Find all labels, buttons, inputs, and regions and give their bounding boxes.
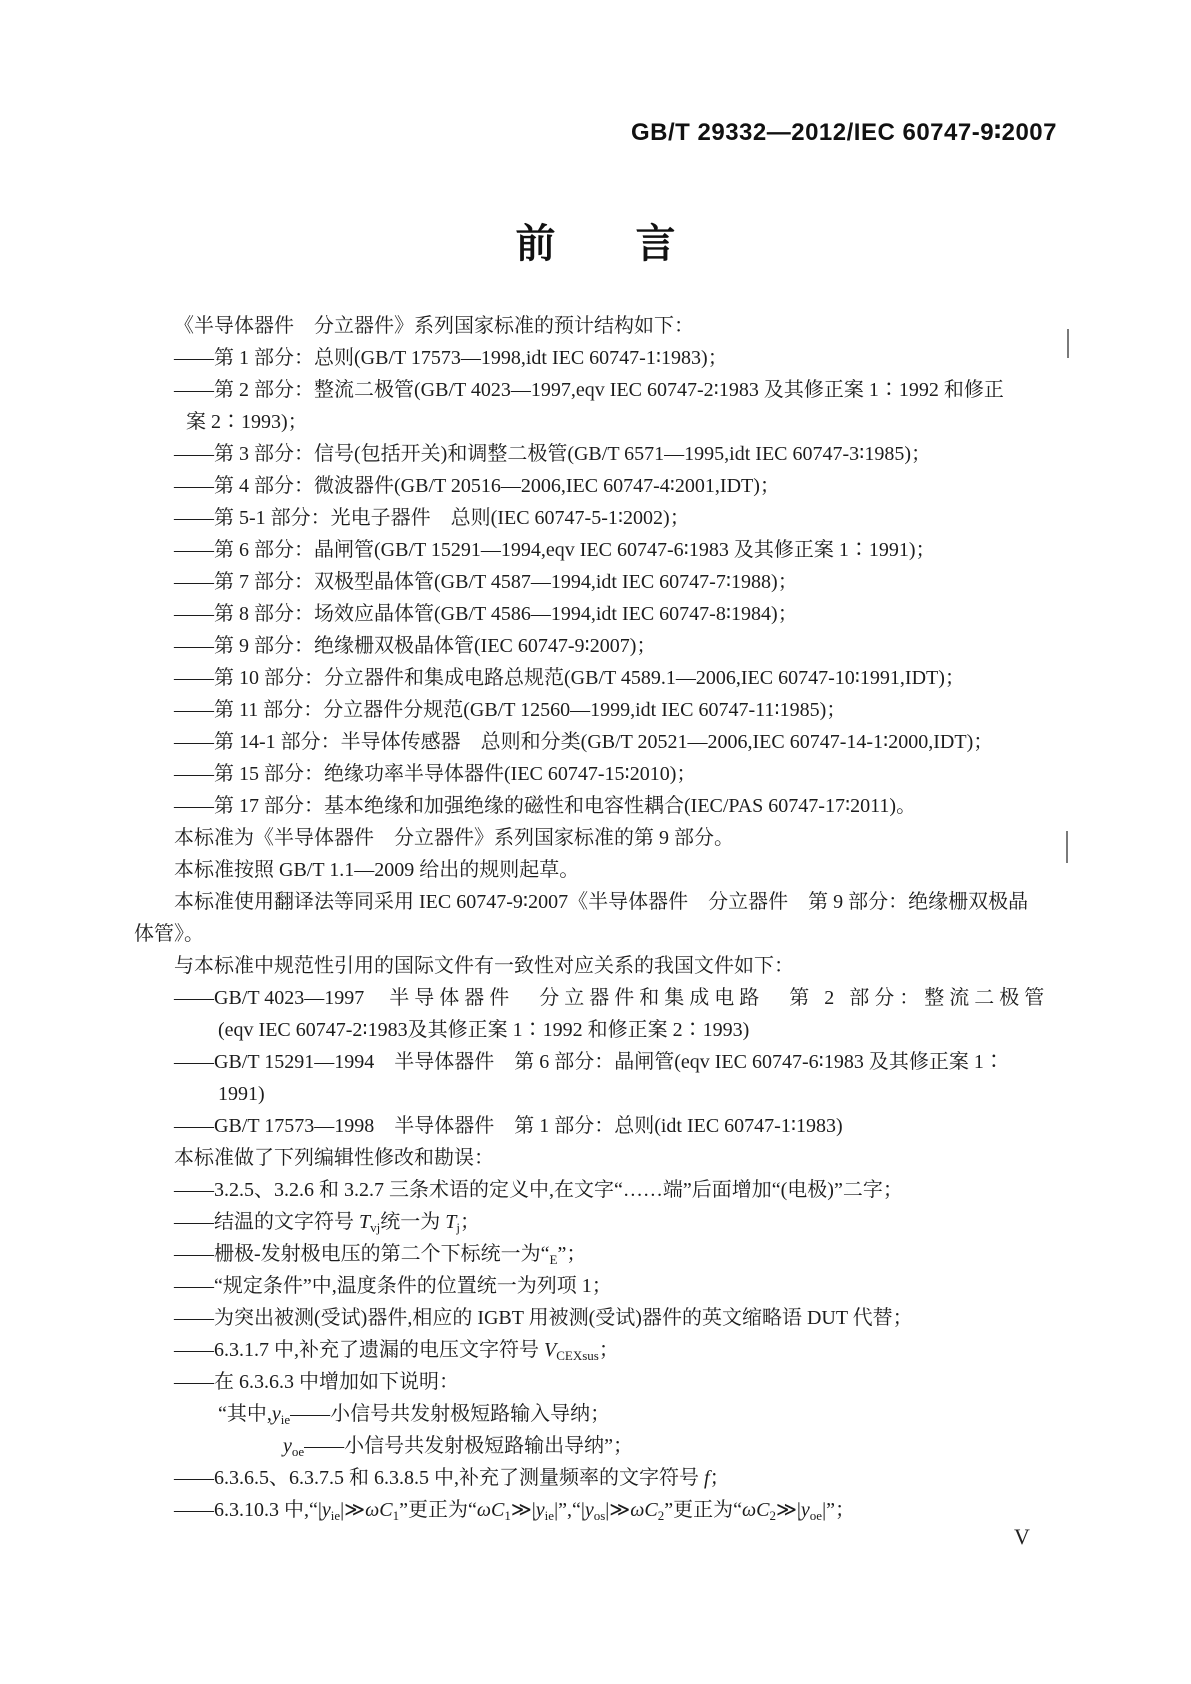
page-number: V: [1014, 1524, 1030, 1550]
body-text-s: CEXsus: [556, 1348, 599, 1363]
body-lines: 《半导体器件 分立器件》系列国家标准的预计结构如下：——第 1 部分：总则(GB…: [134, 310, 1086, 1526]
body-text-i: y: [536, 1499, 545, 1521]
body-text: ——第 5-1 部分：光电子器件 总则(IEC 60747-5-1∶2002)；: [174, 507, 690, 529]
body-line: 本标准做了下列编辑性修改和勘误：: [134, 1142, 1086, 1174]
body-text: ；: [599, 1339, 619, 1361]
body-line: ——6.3.6.5、6.3.7.5 和 6.3.8.5 中,补充了测量频率的文字…: [134, 1462, 1086, 1494]
body-text-i: T: [445, 1211, 456, 1233]
body-line: ——GB/T 15291—1994 半导体器件 第 6 部分：晶闸管(eqv I…: [134, 1046, 1086, 1078]
body-text: ；: [710, 1467, 730, 1489]
body-line: ——为突出被测(受试)器件,相应的 IGBT 用被测(受试)器件的英文缩略语 D…: [134, 1302, 1086, 1334]
body-text: ——为突出被测(受试)器件,相应的 IGBT 用被测(受试)器件的英文缩略语 D…: [174, 1307, 913, 1329]
body-text: ——第 4 部分：微波器件(GB/T 20516—2006,IEC 60747-…: [174, 475, 780, 497]
body-line: ——第 15 部分：绝缘功率半导体器件(IEC 60747-15∶2010)；: [134, 758, 1086, 790]
body-text-i: ωC: [630, 1499, 657, 1521]
body-line: ——第 5-1 部分：光电子器件 总则(IEC 60747-5-1∶2002)；: [134, 502, 1086, 534]
body-line: ——GB/T 4023—1997 半导体器件 分立器件和集成电路 第 2 部分：…: [134, 982, 1086, 1014]
body-text: 统一为: [380, 1211, 445, 1233]
body-text: |”,“|: [554, 1499, 585, 1521]
body-line: ——第 2 部分：整流二极管(GB/T 4023—1997,eqv IEC 60…: [134, 374, 1086, 406]
body-line: yoe——小信号共发射极短路输出导纳”；: [134, 1430, 1086, 1462]
body-text: ——栅极-发射极电压的第二个下标统一为“: [174, 1243, 550, 1265]
body-text: |≫: [340, 1499, 365, 1521]
body-text-ls: 半导体器件 分立器件和集成电路 第 2 部分：整流二极管: [364, 987, 1049, 1009]
body-text-i: y: [801, 1499, 810, 1521]
body-line: ——第 8 部分：场效应晶体管(GB/T 4586—1994,idt IEC 6…: [134, 598, 1086, 630]
body-text: ——小信号共发射极短路输入导纳；: [290, 1403, 610, 1425]
body-line: ——第 9 部分：绝缘栅双极晶体管(IEC 60747-9∶2007)；: [134, 630, 1086, 662]
body-text: (eqv IEC 60747-2∶1983及其修正案 1∶1992 和修正案 2…: [218, 1019, 749, 1041]
body-text: 案 2∶1993)；: [186, 411, 308, 433]
body-line: ——第 1 部分：总则(GB/T 17573—1998,idt IEC 6074…: [134, 342, 1086, 374]
body-text-i: y: [322, 1499, 331, 1521]
body-line: 本标准按照 GB/T 1.1—2009 给出的规则起草。: [134, 854, 1086, 886]
body-text: ——6.3.6.5、6.3.7.5 和 6.3.8.5 中,补充了测量频率的文字…: [174, 1467, 704, 1489]
body-text-i: y: [585, 1499, 594, 1521]
body-text: ——GB/T 4023—1997: [174, 987, 364, 1009]
body-text: ——6.3.1.7 中,补充了遗漏的电压文字符号: [174, 1339, 544, 1361]
body-line: 与本标准中规范性引用的国际文件有一致性对应关系的我国文件如下：: [134, 950, 1086, 982]
body-text: ——GB/T 15291—1994 半导体器件 第 6 部分：晶闸管(eqv I…: [174, 1051, 1004, 1073]
body-line: 《半导体器件 分立器件》系列国家标准的预计结构如下：: [134, 310, 1086, 342]
body-text: 《半导体器件 分立器件》系列国家标准的预计结构如下：: [174, 315, 694, 337]
body-line: ——第 11 部分：分立器件分规范(GB/T 12560—1999,idt IE…: [134, 694, 1086, 726]
page-title: 前 言: [0, 212, 1191, 269]
body-line: ——第 4 部分：微波器件(GB/T 20516—2006,IEC 60747-…: [134, 470, 1086, 502]
body-text: 本标准按照 GB/T 1.1—2009 给出的规则起草。: [174, 859, 579, 881]
body-text: 1991): [218, 1083, 265, 1105]
body-text: ——第 10 部分：分立器件和集成电路总规范(GB/T 4589.1—2006,…: [174, 667, 965, 689]
body-text: ——GB/T 17573—1998 半导体器件 第 1 部分：总则(idt IE…: [174, 1115, 843, 1137]
body-line: ——3.2.5、3.2.6 和 3.2.7 三条术语的定义中,在文字“……端”后…: [134, 1174, 1086, 1206]
body-text: ——第 15 部分：绝缘功率半导体器件(IEC 60747-15∶2010)；: [174, 763, 696, 785]
body-text-i: T: [359, 1211, 370, 1233]
body-line: ——第 17 部分：基本绝缘和加强绝缘的磁性和电容性耦合(IEC/PAS 607…: [134, 790, 1086, 822]
body-text: ——6.3.10.3 中,“|: [174, 1499, 322, 1521]
body-line: 案 2∶1993)；: [134, 406, 1086, 438]
body-text: ——第 2 部分：整流二极管(GB/T 4023—1997,eqv IEC 60…: [174, 379, 1004, 401]
body-text: 本标准做了下列编辑性修改和勘误：: [174, 1147, 494, 1169]
body-text: ——3.2.5、3.2.6 和 3.2.7 三条术语的定义中,在文字“……端”后…: [174, 1179, 903, 1201]
body-text: |≫: [605, 1499, 630, 1521]
body-text-s: ie: [331, 1508, 340, 1523]
body-line: ——第 6 部分：晶闸管(GB/T 15291—1994,eqv IEC 607…: [134, 534, 1086, 566]
body-text: 与本标准中规范性引用的国际文件有一致性对应关系的我国文件如下：: [174, 955, 794, 977]
body-text-i: ωC: [365, 1499, 392, 1521]
body-line: ——结温的文字符号 Tvj统一为 Tj；: [134, 1206, 1086, 1238]
body-text-s: vj: [370, 1220, 380, 1235]
body-line: 本标准为《半导体器件 分立器件》系列国家标准的第 9 部分。: [134, 822, 1086, 854]
body-text: ——第 17 部分：基本绝缘和加强绝缘的磁性和电容性耦合(IEC/PAS 607…: [174, 795, 916, 817]
body-text: 本标准为《半导体器件 分立器件》系列国家标准的第 9 部分。: [174, 827, 734, 849]
body-line: ——第 10 部分：分立器件和集成电路总规范(GB/T 4589.1—2006,…: [134, 662, 1086, 694]
body-text-s: oe: [810, 1508, 822, 1523]
body-line: 1991): [134, 1078, 1086, 1110]
body-text: ；: [460, 1211, 480, 1233]
body-text-s: ie: [545, 1508, 554, 1523]
body-text: ”更正为“: [664, 1499, 742, 1521]
body-text-i: y: [272, 1403, 281, 1425]
body-line: 体管》。: [134, 918, 1086, 950]
body-line: ——在 6.3.6.3 中增加如下说明：: [134, 1366, 1086, 1398]
body-line: (eqv IEC 60747-2∶1983及其修正案 1∶1992 和修正案 2…: [134, 1014, 1086, 1046]
body-text: ——第 8 部分：场效应晶体管(GB/T 4586—1994,idt IEC 6…: [174, 603, 798, 625]
body-text-s: oe: [292, 1444, 304, 1459]
body-line: 本标准使用翻译法等同采用 IEC 60747-9∶2007《半导体器件 分立器件…: [134, 886, 1086, 918]
body-text: ”；: [558, 1243, 587, 1265]
standard-code-header: GB/T 29332—2012/IEC 60747-9∶2007: [631, 118, 1057, 147]
body-line: ——“规定条件”中,温度条件的位置统一为列项 1；: [134, 1270, 1086, 1302]
body-text: ≫|: [511, 1499, 536, 1521]
body-line: ——第 14-1 部分：半导体传感器 总则和分类(GB/T 20521—2006…: [134, 726, 1086, 758]
body-line: “其中,yie——小信号共发射极短路输入导纳；: [134, 1398, 1086, 1430]
body-text-s: ie: [281, 1412, 290, 1427]
body-line: ——GB/T 17573—1998 半导体器件 第 1 部分：总则(idt IE…: [134, 1110, 1086, 1142]
body-text: ——“规定条件”中,温度条件的位置统一为列项 1；: [174, 1275, 612, 1297]
body-text: ——结温的文字符号: [174, 1211, 359, 1233]
body-line: ——栅极-发射极电压的第二个下标统一为“E”；: [134, 1238, 1086, 1270]
body-text: ——第 3 部分：信号(包括开关)和调整二极管(GB/T 6571—1995,i…: [174, 443, 931, 465]
body-text: ≫|: [776, 1499, 801, 1521]
body-text: ——第 14-1 部分：半导体传感器 总则和分类(GB/T 20521—2006…: [174, 731, 993, 753]
body-text: ——在 6.3.6.3 中增加如下说明：: [174, 1371, 459, 1393]
body-text: 体管》。: [134, 923, 204, 945]
body-text: “其中,: [218, 1403, 272, 1425]
body-text-s: E: [550, 1252, 558, 1267]
body-text: ——第 1 部分：总则(GB/T 17573—1998,idt IEC 6074…: [174, 347, 728, 369]
body-text: ”更正为“: [399, 1499, 477, 1521]
body-text-i: y: [283, 1435, 292, 1457]
body-text-s: os: [594, 1508, 606, 1523]
body-text: ——小信号共发射极短路输出导纳”；: [304, 1435, 633, 1457]
body-text: ——第 11 部分：分立器件分规范(GB/T 12560—1999,idt IE…: [174, 699, 846, 721]
body-text: ——第 7 部分：双极型晶体管(GB/T 4587—1994,idt IEC 6…: [174, 571, 798, 593]
document-page: GB/T 29332—2012/IEC 60747-9∶2007 前 言 《半导…: [0, 0, 1191, 1684]
body-line: ——6.3.1.7 中,补充了遗漏的电压文字符号 VCEXsus；: [134, 1334, 1086, 1366]
body-text: |”；: [822, 1499, 855, 1521]
body-text: ——第 6 部分：晶闸管(GB/T 15291—1994,eqv IEC 607…: [174, 539, 935, 561]
body-text-i: ωC: [477, 1499, 504, 1521]
body-text: 本标准使用翻译法等同采用 IEC 60747-9∶2007《半导体器件 分立器件…: [174, 891, 1028, 913]
body-text: ——第 9 部分：绝缘栅双极晶体管(IEC 60747-9∶2007)；: [174, 635, 656, 657]
body-line: ——6.3.10.3 中,“|yie|≫ωC1”更正为“ωC1≫|yie|”,“…: [134, 1494, 1086, 1526]
body-text-i: ωC: [742, 1499, 769, 1521]
body-text-i: V: [544, 1339, 556, 1361]
body-line: ——第 3 部分：信号(包括开关)和调整二极管(GB/T 6571—1995,i…: [134, 438, 1086, 470]
body-line: ——第 7 部分：双极型晶体管(GB/T 4587—1994,idt IEC 6…: [134, 566, 1086, 598]
